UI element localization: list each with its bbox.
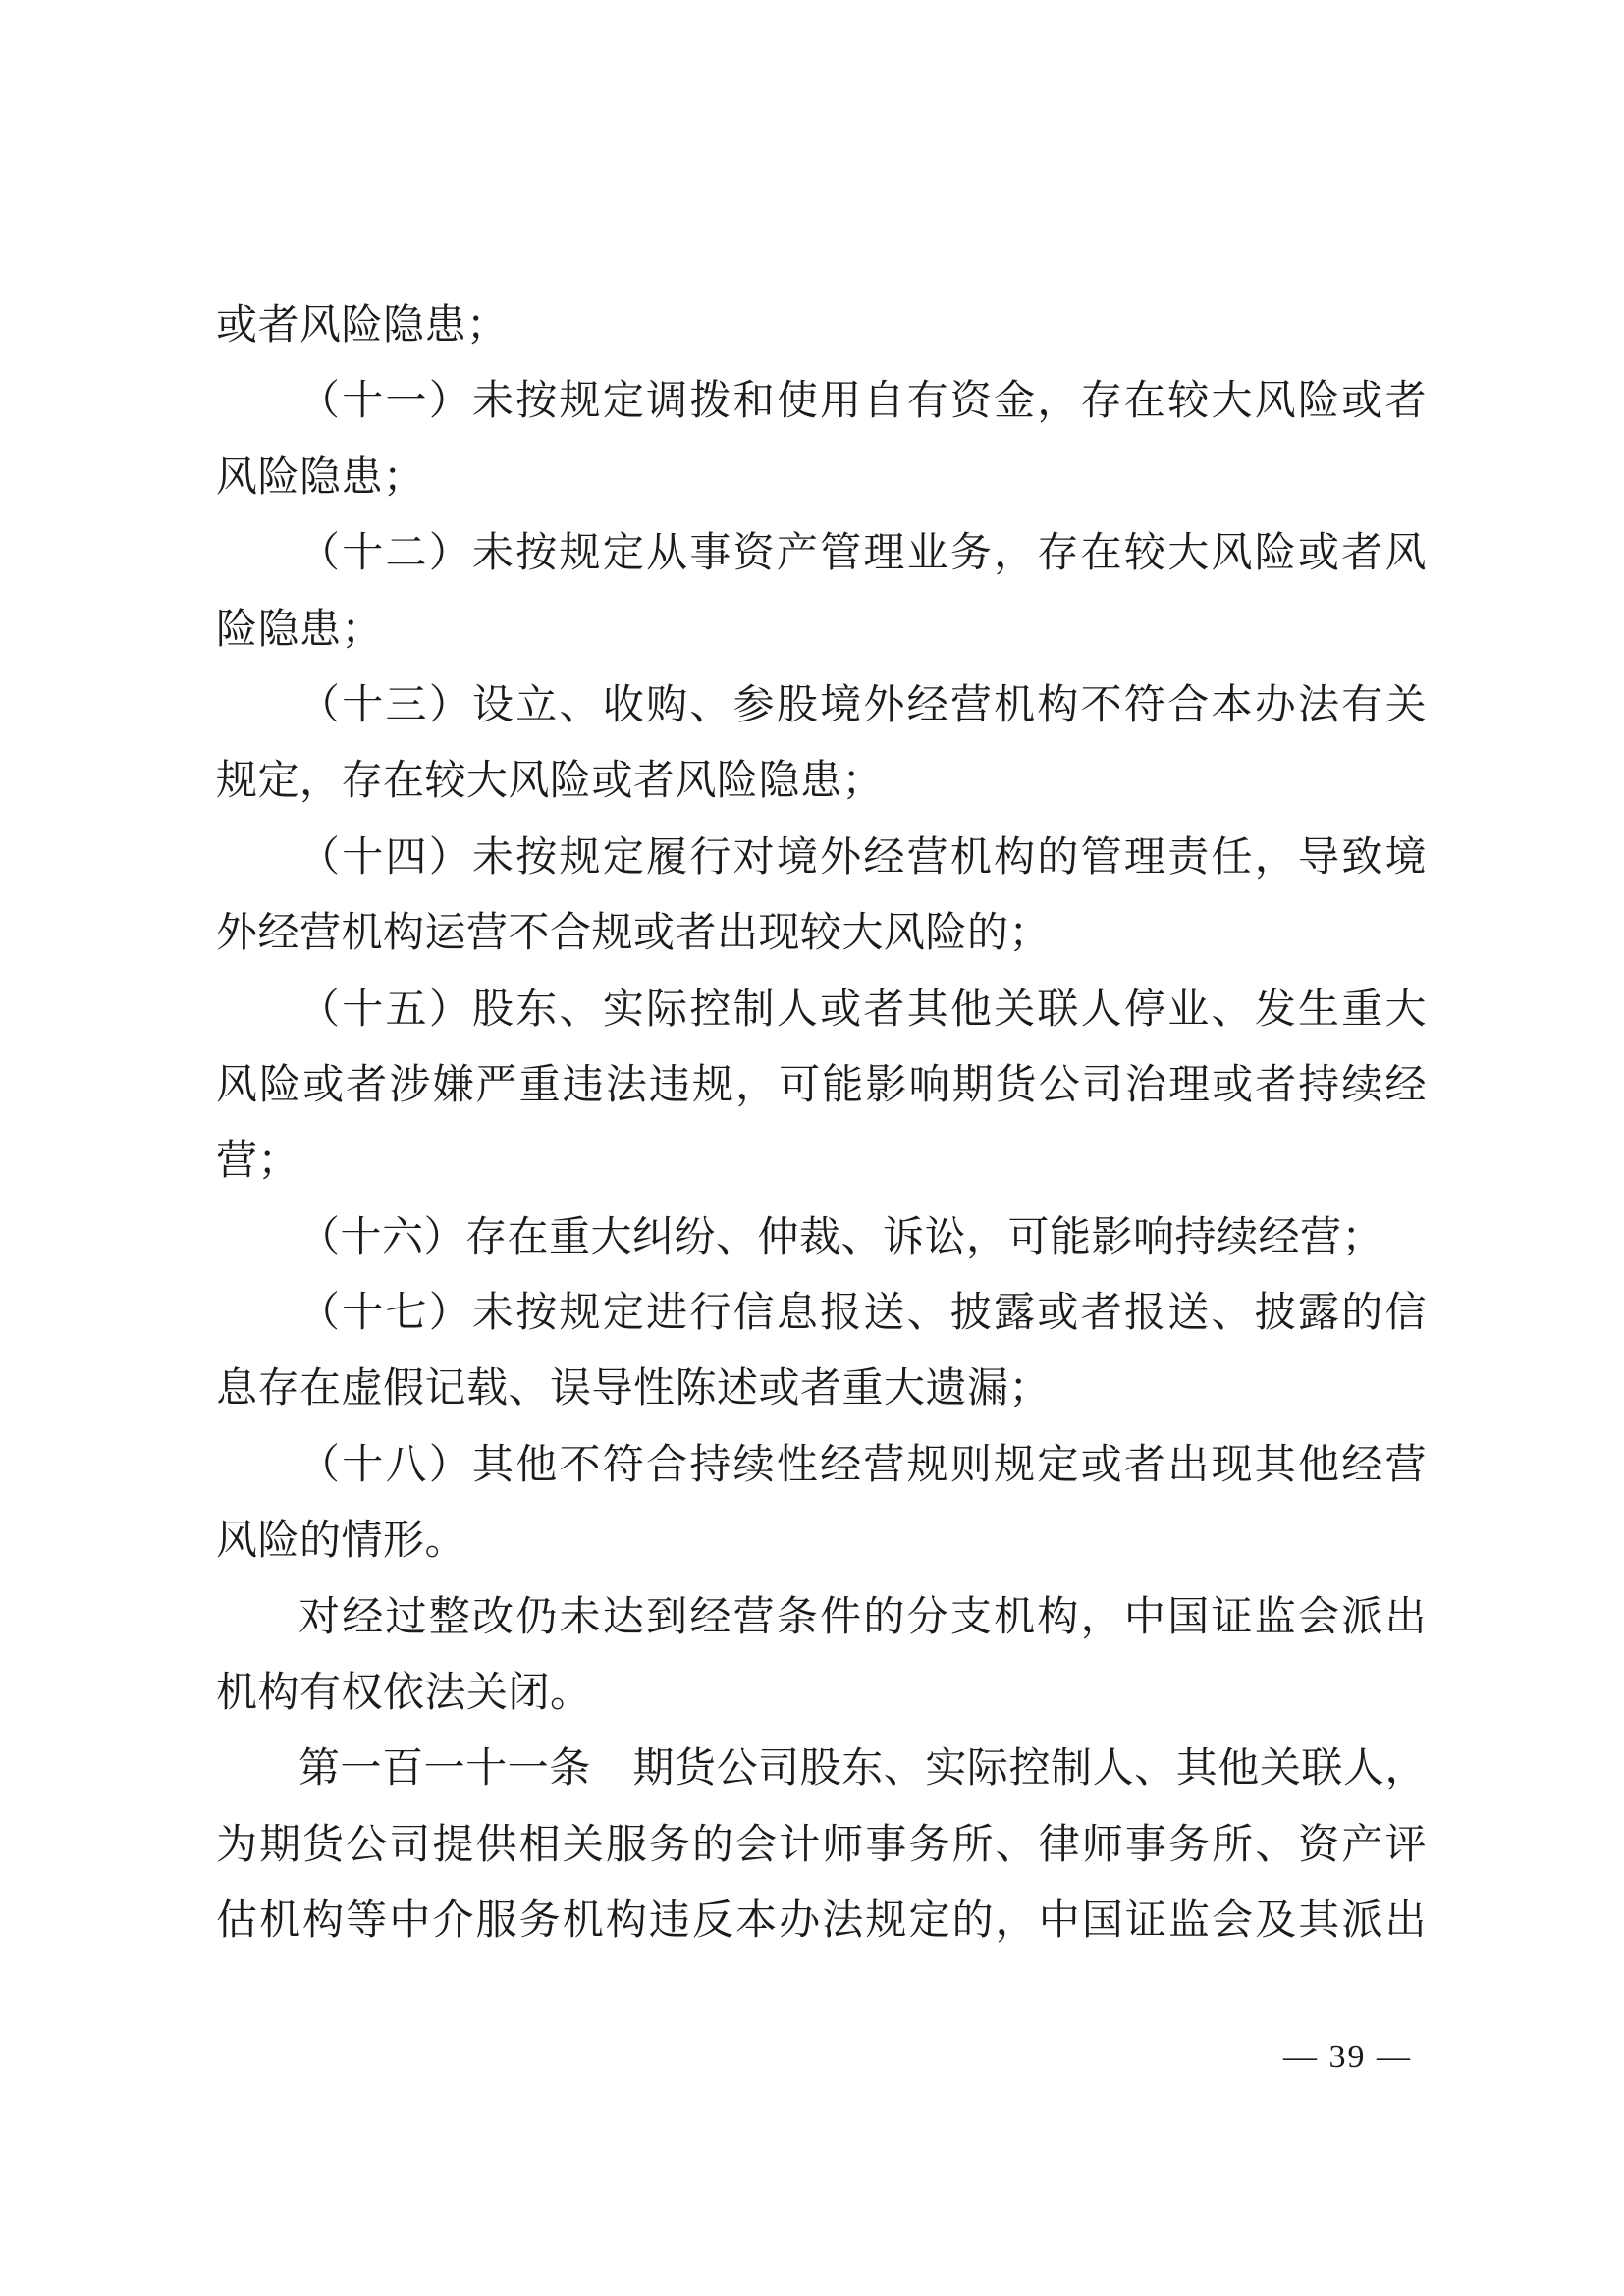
text-line: （十一）未按规定调拨和使用自有资金，存在较大风险或者 <box>216 364 1427 440</box>
text-line: 营； <box>216 1124 1427 1200</box>
text-line: 外经营机构运营不合规或者出现较大风险的； <box>216 896 1427 972</box>
text-line: 机构有权依法关闭。 <box>216 1656 1427 1732</box>
document-body: 或者风险隐患；（十一）未按规定调拨和使用自有资金，存在较大风险或者风险隐患；（十… <box>216 289 1427 1960</box>
text-line: 估机构等中介服务机构违反本办法规定的，中国证监会及其派出 <box>216 1884 1427 1959</box>
text-line: 息存在虚假记载、误导性陈述或者重大遗漏； <box>216 1352 1427 1427</box>
text-line: （十五）股东、实际控制人或者其他关联人停业、发生重大 <box>216 973 1427 1048</box>
text-line: 对经过整改仍未达到经营条件的分支机构，中国证监会派出 <box>216 1580 1427 1656</box>
text-line: 风险或者涉嫌严重违法违规，可能影响期货公司治理或者持续经 <box>216 1048 1427 1124</box>
text-line: 风险的情形。 <box>216 1504 1427 1579</box>
document-page: 或者风险隐患；（十一）未按规定调拨和使用自有资金，存在较大风险或者风险隐患；（十… <box>0 0 1624 2296</box>
text-line: 风险隐患； <box>216 441 1427 516</box>
text-line: 第一百一十一条 期货公司股东、实际控制人、其他关联人， <box>216 1732 1427 1807</box>
text-line: 为期货公司提供相关服务的会计师事务所、律师事务所、资产评 <box>216 1808 1427 1884</box>
text-line: （十三）设立、收购、参股境外经营机构不符合本办法有关 <box>216 668 1427 744</box>
text-line: （十二）未按规定从事资产管理业务，存在较大风险或者风 <box>216 516 1427 592</box>
text-line: （十七）未按规定进行信息报送、披露或者报送、披露的信 <box>216 1276 1427 1352</box>
text-line: （十八）其他不符合持续性经营规则规定或者出现其他经营 <box>216 1428 1427 1504</box>
text-line: 规定，存在较大风险或者风险隐患； <box>216 744 1427 820</box>
page-number: — 39 — <box>1283 2034 1412 2081</box>
text-line: 险隐患； <box>216 593 1427 668</box>
text-line: 或者风险隐患； <box>216 289 1427 364</box>
text-line: （十四）未按规定履行对境外经营机构的管理责任，导致境 <box>216 821 1427 896</box>
text-line: （十六）存在重大纠纷、仲裁、诉讼，可能影响持续经营； <box>216 1201 1427 1276</box>
